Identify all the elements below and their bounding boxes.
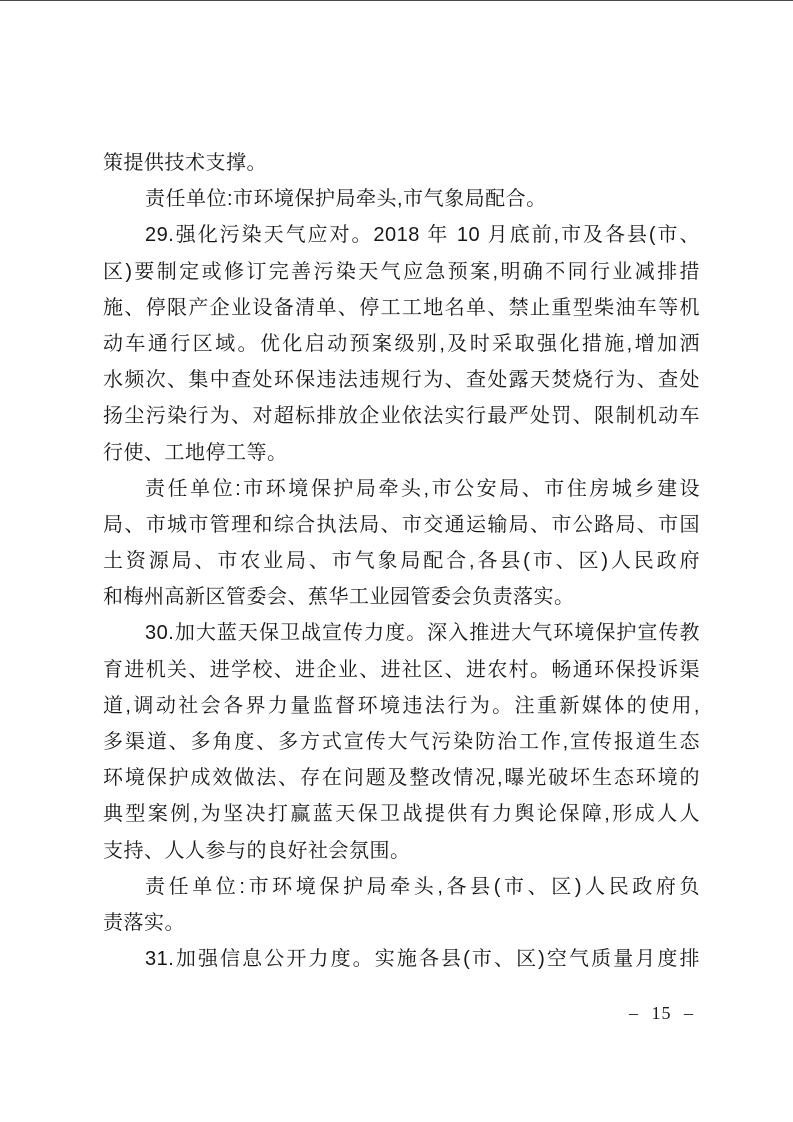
text-line: 环境保护成效做法、存在问题及整改情况,曝光破坏生态环境的 bbox=[103, 760, 700, 796]
text-line: 多渠道、多角度、多方式宣传大气污染防治工作,宣传报道生态 bbox=[103, 724, 700, 760]
text-line: 责落实。 bbox=[103, 905, 700, 941]
text-line: 行使、工地停工等。 bbox=[103, 435, 700, 471]
text-line: 责任单位:市环境保护局牵头,各县(市、区)人民政府负 bbox=[103, 869, 700, 905]
text-line: 土资源局、市农业局、市气象局配合,各县(市、区)人民政府 bbox=[103, 543, 700, 579]
scan-edge-line bbox=[0, 0, 793, 1]
document-text-block: 策提供技术支撑。责任单位:市环境保护局牵头,市气象局配合。29.强化污染天气应对… bbox=[103, 145, 700, 977]
text-line: 道,调动社会各界力量监督环境违法行为。注重新媒体的使用, bbox=[103, 688, 700, 724]
text-line: 和梅州高新区管委会、蕉华工业园管委会负责落实。 bbox=[103, 579, 700, 615]
text-line: 责任单位:市环境保护局牵头,市气象局配合。 bbox=[103, 181, 700, 217]
text-line: 29.强化污染天气应对。2018 年 10 月底前,市及各县(市、 bbox=[103, 217, 700, 253]
text-line: 策提供技术支撑。 bbox=[103, 145, 700, 181]
text-line: 施、停限产企业设备清单、停工工地名单、禁止重型柴油车等机 bbox=[103, 290, 700, 326]
text-line: 31.加强信息公开力度。实施各县(市、区)空气质量月度排 bbox=[103, 941, 700, 977]
text-line: 责任单位:市环境保护局牵头,市公安局、市住房城乡建设 bbox=[103, 471, 700, 507]
text-line: 水频次、集中查处环保违法违规行为、查处露天焚烧行为、查处 bbox=[103, 362, 700, 398]
text-line: 局、市城市管理和综合执法局、市交通运输局、市公路局、市国 bbox=[103, 507, 700, 543]
text-line: 动车通行区域。优化启动预案级别,及时采取强化措施,增加洒 bbox=[103, 326, 700, 362]
text-line: 支持、人人参与的良好社会氛围。 bbox=[103, 833, 700, 869]
text-line: 育进机关、进学校、进企业、进社区、进农村。畅通环保投诉渠 bbox=[103, 652, 700, 688]
text-line: 30.加大蓝天保卫战宣传力度。深入推进大气环境保护宣传教 bbox=[103, 615, 700, 651]
document-page: 策提供技术支撑。责任单位:市环境保护局牵头,市气象局配合。29.强化污染天气应对… bbox=[0, 0, 793, 1122]
text-line: 扬尘污染行为、对超标排放企业依法实行最严处罚、限制机动车 bbox=[103, 398, 700, 434]
text-line: 典型案例,为坚决打赢蓝天保卫战提供有力舆论保障,形成人人 bbox=[103, 796, 700, 832]
page-number: – 15 – bbox=[629, 1003, 699, 1024]
text-line: 区)要制定或修订完善污染天气应急预案,明确不同行业减排措 bbox=[103, 254, 700, 290]
